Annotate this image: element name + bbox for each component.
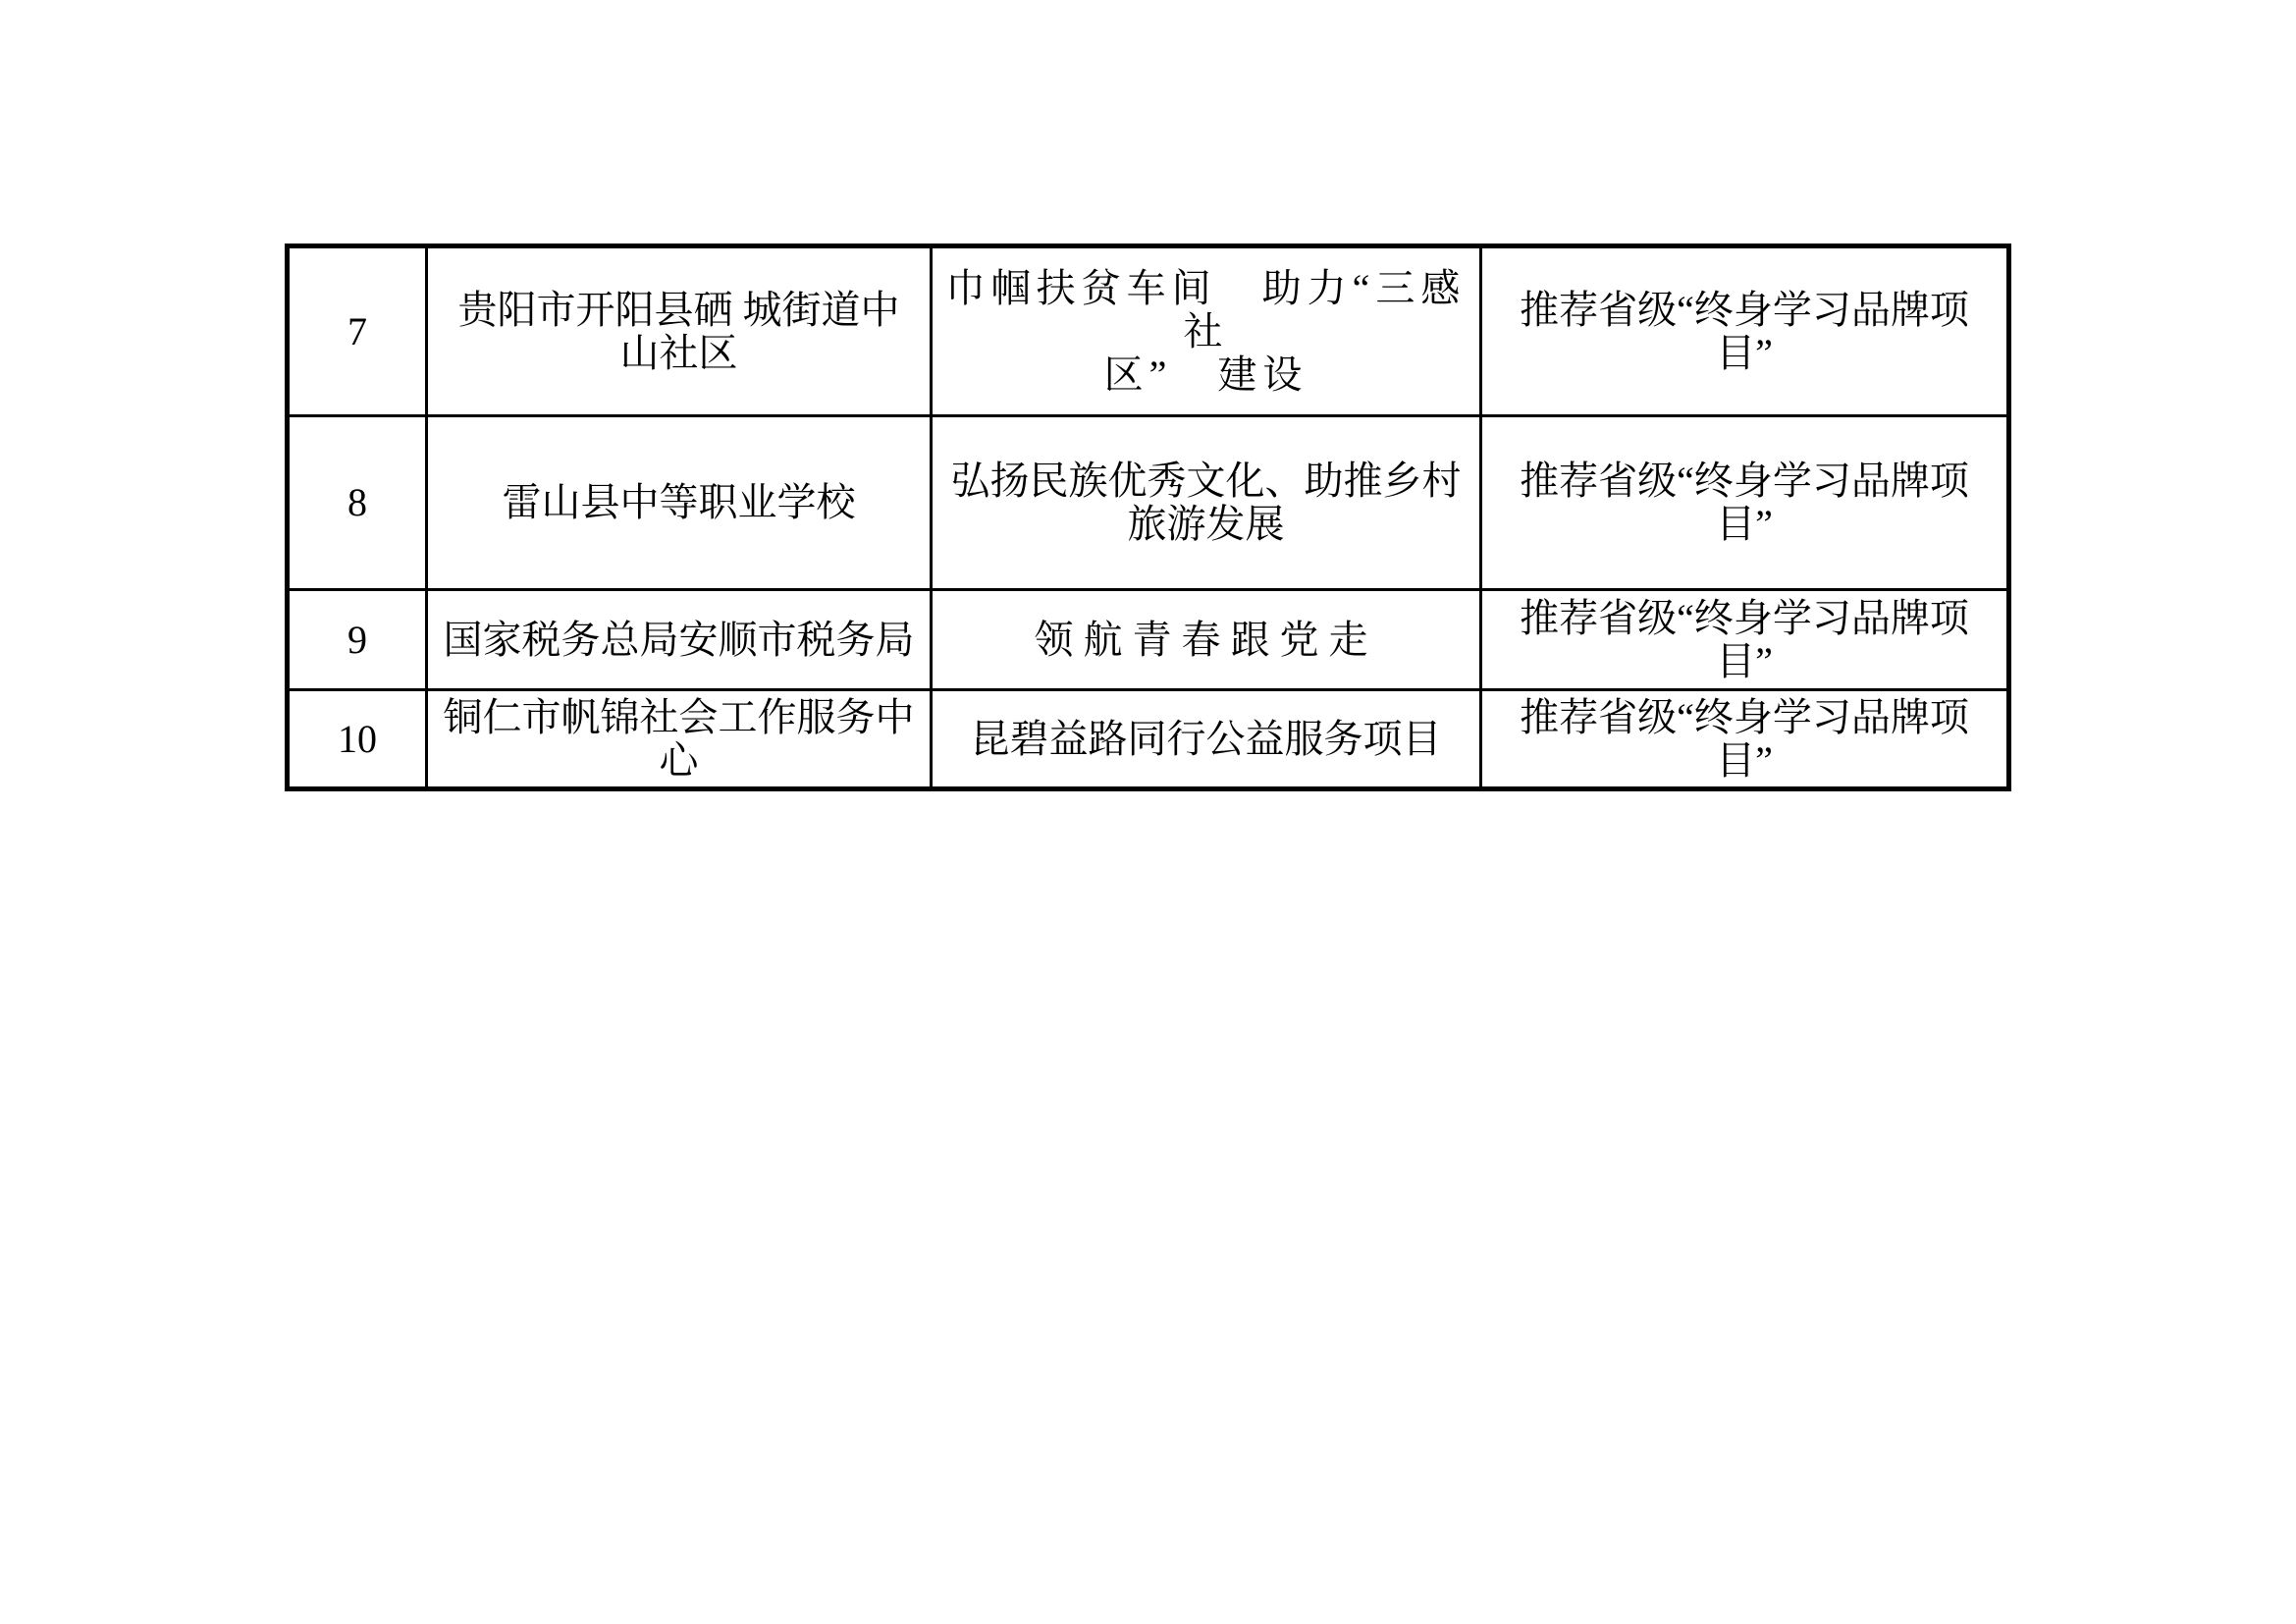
organization-cell: 雷山县中等职业学校 [427, 416, 932, 590]
organization-cell: 国家税务总局安顺市税务局 [427, 590, 932, 690]
recommendation-cell: 推荐省级“终身学习品牌项 目” [1481, 246, 2009, 416]
table-row: 8 雷山县中等职业学校 弘扬民族优秀文化、助推乡村 旅游发展 推荐省级“终身学习… [288, 416, 2009, 590]
table-row: 7 贵阳市开阳县硒 城街道中 山社区 巾帼扶贫车间 助力“三感社 区” 建设 推… [288, 246, 2009, 416]
row-number-cell: 10 [288, 690, 427, 789]
project-cell: 巾帼扶贫车间 助力“三感社 区” 建设 [932, 246, 1481, 416]
row-number-cell: 8 [288, 416, 427, 590]
awards-table: 7 贵阳市开阳县硒 城街道中 山社区 巾帼扶贫车间 助力“三感社 区” 建设 推… [285, 244, 2011, 791]
row-number-cell: 7 [288, 246, 427, 416]
row-number-cell: 9 [288, 590, 427, 690]
recommendation-cell: 推荐省级“终身学习品牌项 目” [1481, 690, 2009, 789]
recommendation-cell: 推荐省级“终身学习品牌项 目” [1481, 590, 2009, 690]
project-cell: 弘扬民族优秀文化、助推乡村 旅游发展 [932, 416, 1481, 590]
organization-cell: 铜仁市帆锦社会工作服务中 心 [427, 690, 932, 789]
organization-cell: 贵阳市开阳县硒 城街道中 山社区 [427, 246, 932, 416]
recommendation-cell: 推荐省级“终身学习品牌项 目” [1481, 416, 2009, 590]
table-row: 10 铜仁市帆锦社会工作服务中 心 昆碧益路同行公益服务项目 推荐省级“终身学习… [288, 690, 2009, 789]
project-cell: 领航青春跟党走 [932, 590, 1481, 690]
table-row: 9 国家税务总局安顺市税务局 领航青春跟党走 推荐省级“终身学习品牌项 目” [288, 590, 2009, 690]
document-page: 7 贵阳市开阳县硒 城街道中 山社区 巾帼扶贫车间 助力“三感社 区” 建设 推… [0, 0, 2296, 1624]
project-cell: 昆碧益路同行公益服务项目 [932, 690, 1481, 789]
